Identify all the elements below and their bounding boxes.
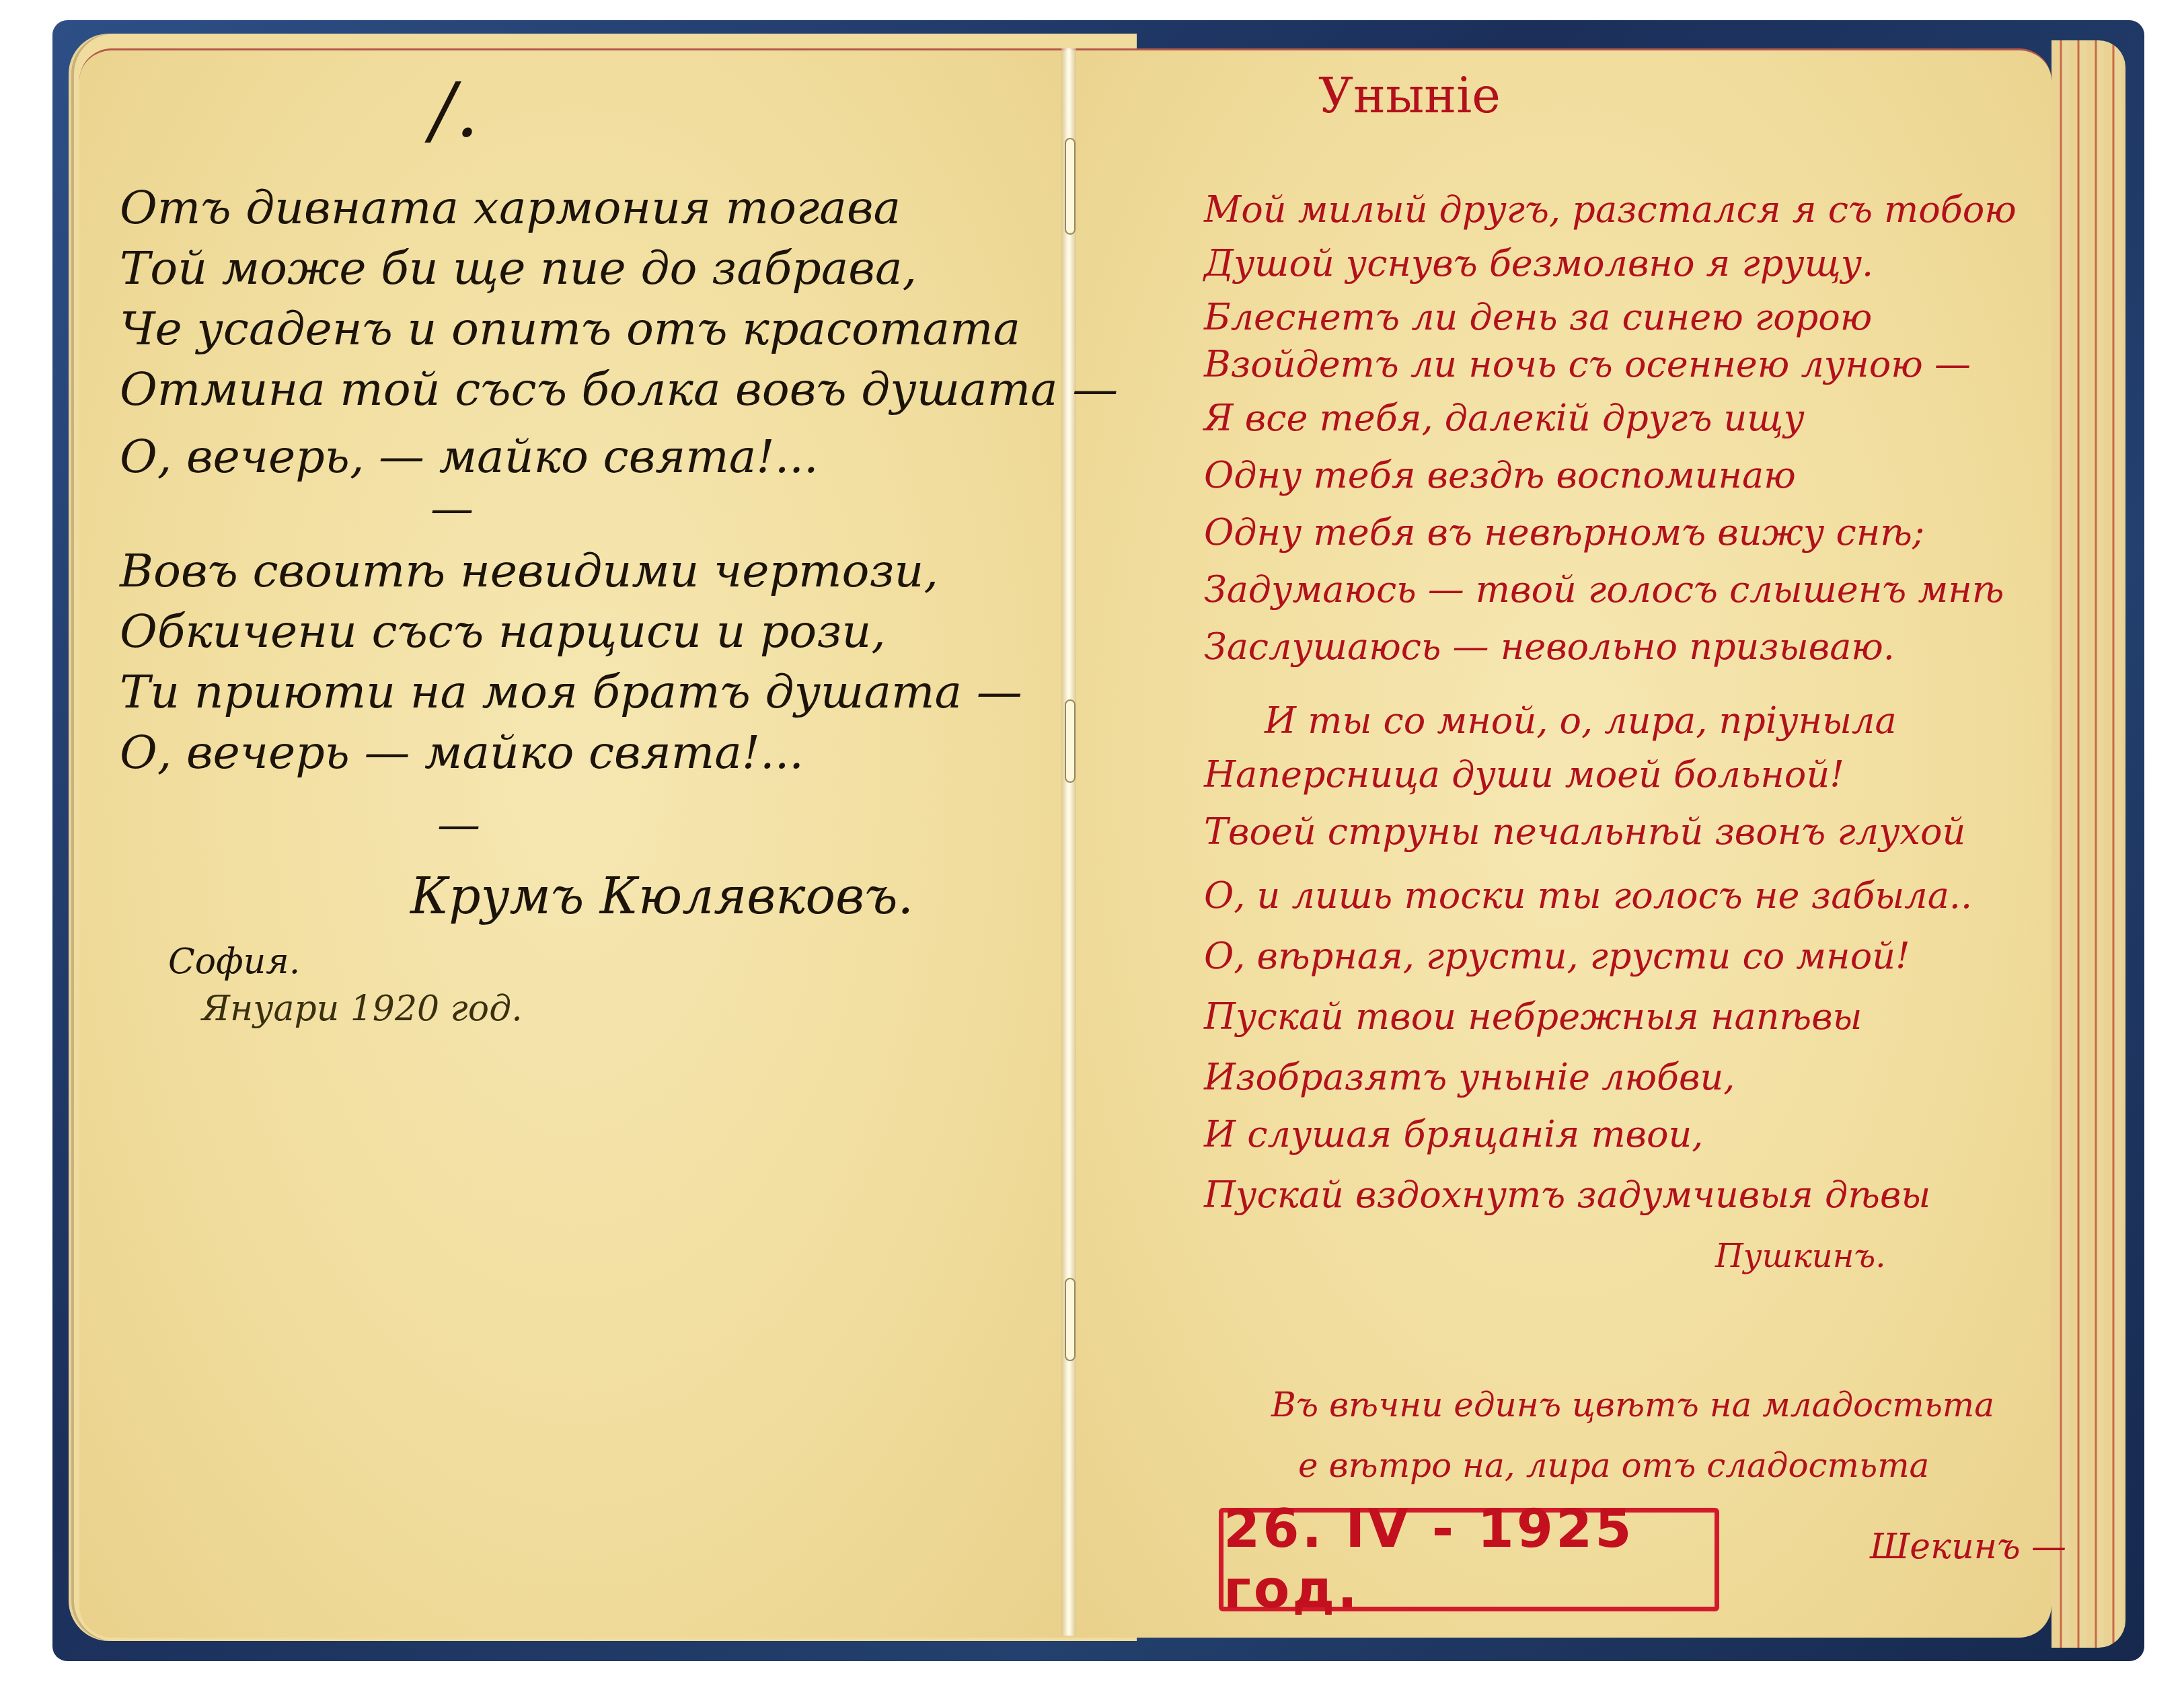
poem-line: Я все тебя, далекiй другъ ищу: [1204, 397, 1805, 439]
poem-line: О, вечерь, — майко свята!...: [120, 430, 819, 484]
poem-line: Одну тебя въ невѣрномъ вижу снѣ;: [1204, 511, 1924, 553]
section-mark: /.: [430, 67, 479, 153]
poem-line: Душой уснувъ безмолвно я грущу.: [1204, 242, 1873, 284]
poem-title: Унынiе: [1318, 67, 1501, 124]
poem-line: Пускай твои небрежныя напѣвы: [1204, 995, 1862, 1038]
date-note: Януари 1920 год.: [202, 989, 523, 1029]
poem-line: Взойдетъ ли ночь съ осеннею луною —: [1204, 343, 1971, 385]
page-edges: [2051, 40, 2125, 1648]
poem-line: И ты со мной, о, лира, прiуныла: [1265, 699, 1897, 742]
poem-line: Че усаденъ и опитъ отъ красотата: [120, 303, 1020, 356]
binding-stitch: [1065, 699, 1076, 783]
poem-line: Отъ дивната хармония тогава: [120, 182, 901, 235]
dedication-signature: Шекинъ —: [1870, 1527, 2066, 1567]
signature-mark: —: [437, 800, 480, 850]
dedication-line: е вѣтро на, лира отъ сладостьта: [1298, 1446, 1929, 1485]
poem-line: О, вѣрная, грусти, грусти со мной!: [1204, 935, 1910, 977]
poem-line: Одну тебя вездѣ воспоминаю: [1204, 454, 1796, 496]
poem-line: О, вечерь — майко свята!...: [120, 726, 804, 779]
poem-line: Той може би ще пие до забрава,: [120, 242, 917, 295]
book-spine-gutter: [1061, 48, 1076, 1636]
poem-line: Отмина той съсъ болка вовъ душата —: [120, 363, 1118, 416]
poem-line: Твоей струны печальнѣй звонъ глухой: [1204, 810, 1965, 853]
dedication-line: Въ вѣчни единъ цвѣтъ на младостьта: [1271, 1385, 1994, 1424]
poem-attribution: Пушкинъ.: [1715, 1237, 1886, 1275]
poem-line: И слушая бряцанiя твои,: [1204, 1113, 1703, 1155]
poem-line: Обкичени съсъ нарциси и рози,: [120, 605, 886, 658]
date-stamp-text: 26. IV - 1925 год.: [1223, 1499, 1715, 1620]
author-signature: Крумъ Кюлявковъ.: [410, 868, 913, 925]
poem-line: Наперсница души моей больной!: [1204, 753, 1844, 796]
poem-line: О, и лишь тоски ты голосъ не забыла..: [1204, 874, 1972, 917]
poem-line: Ти приюти на моя братъ душата —: [120, 666, 1022, 719]
date-stamp: 26. IV - 1925 год.: [1219, 1508, 1719, 1611]
poem-line: Задумаюсь — твой голосъ слышенъ мнѣ: [1204, 568, 2004, 611]
poem-line: Мой милый другъ, разстался я съ тобою: [1204, 188, 2017, 231]
stanza-separator: —: [430, 484, 474, 534]
poem-line: Вовъ своитѣ невидими чертози,: [120, 545, 938, 598]
poem-line: Пускай вздохнутъ задумчивыя дѣвы: [1204, 1174, 1930, 1216]
binding-stitch: [1065, 138, 1076, 235]
place-note: София.: [168, 942, 300, 982]
poem-line: Изобразятъ унынiе любви,: [1204, 1056, 1735, 1098]
binding-stitch: [1065, 1278, 1076, 1361]
poem-line: Блеснетъ ли день за синею горою: [1204, 296, 1872, 338]
poem-line: Заслушаюсь — невольно призываю.: [1204, 625, 1895, 668]
